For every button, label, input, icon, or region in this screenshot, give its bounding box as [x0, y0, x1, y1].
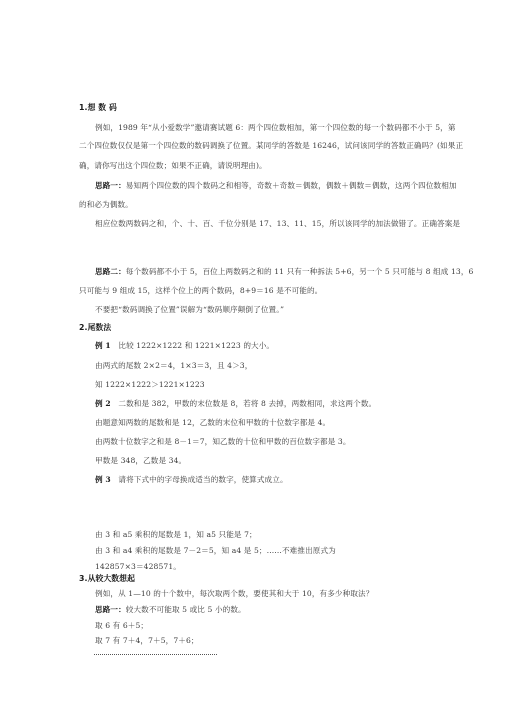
paragraph: 只可能与 9 组成 15，这样个位上的两个数码，8+9＝16 是不可能的。	[79, 286, 322, 295]
section-heading-2: 2.尾数法	[79, 323, 111, 332]
example-paragraph: 例 2 二数和是 382，甲数的末位数是 8，若将 8 去掉，两数相同，求这两个…	[95, 399, 376, 408]
paragraph: 的和必为偶数。	[79, 200, 133, 209]
paragraph: 不要把“数码调换了位置”误解为“数码顺序颠倒了位置。”	[95, 305, 284, 314]
paragraph: 取 6 有 6＋5；	[95, 621, 148, 630]
example-paragraph: 例 3 请将下式中的字母换成适当的数字，使算式成立。	[95, 475, 288, 484]
paragraph: 取 7 有 7＋4，7＋5，7＋6；	[95, 636, 199, 645]
example-label: 例 3	[95, 475, 111, 484]
paragraph: 二个四位数仅仅是第一个四位数的数码调换了位置。某同学的答数是 16246，试问该…	[79, 141, 463, 150]
example-label: 例 2	[95, 399, 111, 408]
idea-paragraph: 思路一：较大数不可能取 5 或比 5 小的数。	[95, 605, 246, 614]
idea-label: 思路一：	[95, 605, 126, 614]
paragraph: 例如，1989 年“从小爱数学”邀请赛试题 6：两个四位数相加，第一个四位数的每…	[95, 123, 456, 132]
idea-paragraph: 思路一：易知两个四位数的四个数码之和相等，奇数＋奇数＝偶数，偶数＋偶数＝偶数，这…	[95, 181, 457, 190]
paragraph: 相应位数两数码之和，个、十、百、千位分别是 17、13、11、15，所以该同学的…	[95, 219, 460, 228]
example-paragraph: 例 1 比较 1222×1222 和 1221×1223 的大小。	[95, 341, 274, 350]
paragraph: 确，请你写出这个四位数；如果不正确，请说明理由)。	[79, 161, 267, 170]
paragraph: 由题意知两数的尾数和是 12，乙数的末位和甲数的十位数字都是 4。	[95, 418, 330, 427]
paragraph: 由两式的尾数 2×2＝4，1×3＝3，且 4＞3，	[95, 361, 252, 370]
idea-label: 思路二：	[95, 267, 126, 276]
paragraph: 由 3 和 a4 乘积的尾数是 7－2＝5，知 a4 是 5；……不难推出原式为	[95, 546, 336, 555]
idea-label: 思路一：	[95, 181, 126, 190]
section-heading-3: 3.从较大数想起	[79, 574, 135, 583]
idea-text: 较大数不可能取 5 或比 5 小的数。	[126, 605, 246, 614]
paragraph: 例如，从 1—10 的十个数中，每次取两个数，要使其和大于 10，有多少种取法？	[95, 589, 373, 598]
example-label: 例 1	[95, 341, 111, 350]
idea-text: 每个数码都不小于 5，百位上两数码之和的 11 只有一种拆法 5+6，另一个 5…	[126, 267, 474, 276]
paragraph: 甲数是 348，乙数是 34。	[95, 456, 186, 465]
paragraph: 由 3 和 a5 乘积的尾数是 1，知 a5 只能是 7；	[95, 530, 257, 539]
section-heading-1: 1.想 数 码	[79, 103, 117, 112]
paragraph: 142857×3＝428571。	[95, 562, 181, 571]
idea-paragraph: 思路二：每个数码都不小于 5，百位上两数码之和的 11 只有一种拆法 5+6，另…	[95, 267, 473, 276]
example-text: 二数和是 382，甲数的末位数是 8，若将 8 去掉，两数相同，求这两个数。	[118, 399, 376, 408]
idea-text: 易知两个四位数的四个数码之和相等，奇数＋奇数＝偶数，偶数＋偶数＝偶数，这两个四位…	[126, 181, 457, 190]
paragraph: 由两数十位数字之和是 8－1＝7，知乙数的十位和甲数的百位数字都是 3。	[95, 437, 351, 446]
ellipsis-divider	[94, 654, 217, 655]
example-text: 比较 1222×1222 和 1221×1223 的大小。	[118, 341, 274, 350]
paragraph: 知 1222×1222＞1221×1223	[95, 380, 205, 389]
example-text: 请将下式中的字母换成适当的数字，使算式成立。	[118, 475, 287, 484]
